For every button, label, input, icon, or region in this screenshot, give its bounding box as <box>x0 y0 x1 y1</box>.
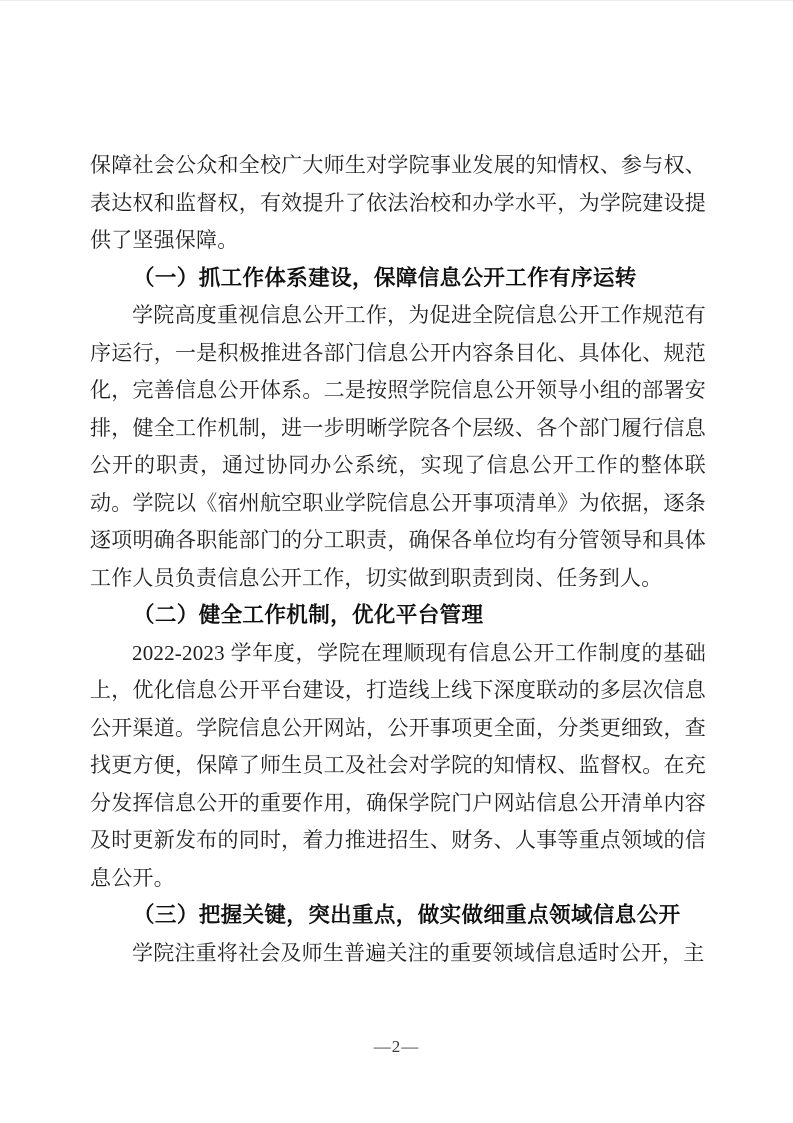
document-body: 保障社会公众和全校广大师生对学院事业发展的知情权、参与权、表达权和监督权，有效提… <box>90 147 706 972</box>
body-paragraph: 保障社会公众和全校广大师生对学院事业发展的知情权、参与权、表达权和监督权，有效提… <box>90 147 706 260</box>
page-number: —2— <box>0 1037 793 1057</box>
document-page: 保障社会公众和全校广大师生对学院事业发展的知情权、参与权、表达权和监督权，有效提… <box>0 0 793 1123</box>
body-paragraph: 学院注重将社会及师生普遍关注的重要领域信息适时公开，主 <box>90 935 706 973</box>
body-paragraph: 2022-2023 学年度，学院在理顺现有信息公开工作制度的基础上，优化信息公开… <box>90 635 706 898</box>
section-heading: （一）抓工作体系建设，保障信息公开工作有序运转 <box>90 260 706 298</box>
body-paragraph: 学院高度重视信息公开工作，为促进全院信息公开工作规范有序运行，一是积极推进各部门… <box>90 297 706 597</box>
section-heading: （二）健全工作机制，优化平台管理 <box>90 597 706 635</box>
section-heading: （三）把握关键，突出重点，做实做细重点领域信息公开 <box>90 897 706 935</box>
